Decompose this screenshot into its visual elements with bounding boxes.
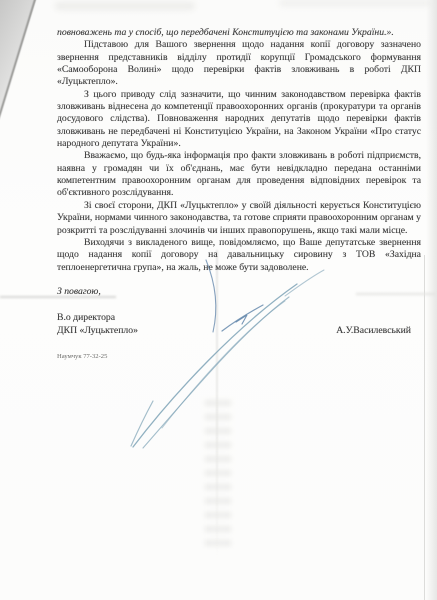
signer-name: А.У.Василевський <box>336 325 411 337</box>
paragraph: Вважаємо, що будь-яка інформація про фак… <box>57 150 421 199</box>
signer-position: В.о директора ДКП «Луцьктепло» <box>57 312 138 337</box>
executor-note: Наумчук 77-32-25 <box>57 351 421 363</box>
paper-right-edge-line <box>424 255 425 600</box>
signer-position-line1: В.о директора <box>57 312 138 324</box>
paragraph: Підставою для Вашого звернення щодо нада… <box>57 39 421 88</box>
signature-block: В.о директора ДКП «Луцьктепло» А.У.Васил… <box>57 312 421 337</box>
paragraph: Зі своєї сторони, ДКП «Луцьктепло» у сво… <box>57 200 421 237</box>
page-corner-fold <box>0 0 40 118</box>
fold-crease-smudge <box>205 400 231 550</box>
scan-smudge <box>55 2 195 10</box>
closing-salutation: З повагою, <box>57 286 421 298</box>
paragraph: Виходячи з викладеного вище, повідомляєм… <box>57 237 421 274</box>
letter-body: повноважень та у спосіб, що передбачені … <box>57 27 421 363</box>
scan-smudge <box>280 0 430 6</box>
signer-position-line2: ДКП «Луцьктепло» <box>57 325 138 337</box>
paragraph: З цього приводу слід зазначити, що чинни… <box>57 89 421 151</box>
scanned-letter-page: повноважень та у спосіб, що передбачені … <box>0 0 437 600</box>
signature-stroke <box>131 401 153 446</box>
paper-right-edge-shadow <box>426 0 437 600</box>
paragraph-continuation: повноважень та у спосіб, що передбачені … <box>57 27 421 39</box>
